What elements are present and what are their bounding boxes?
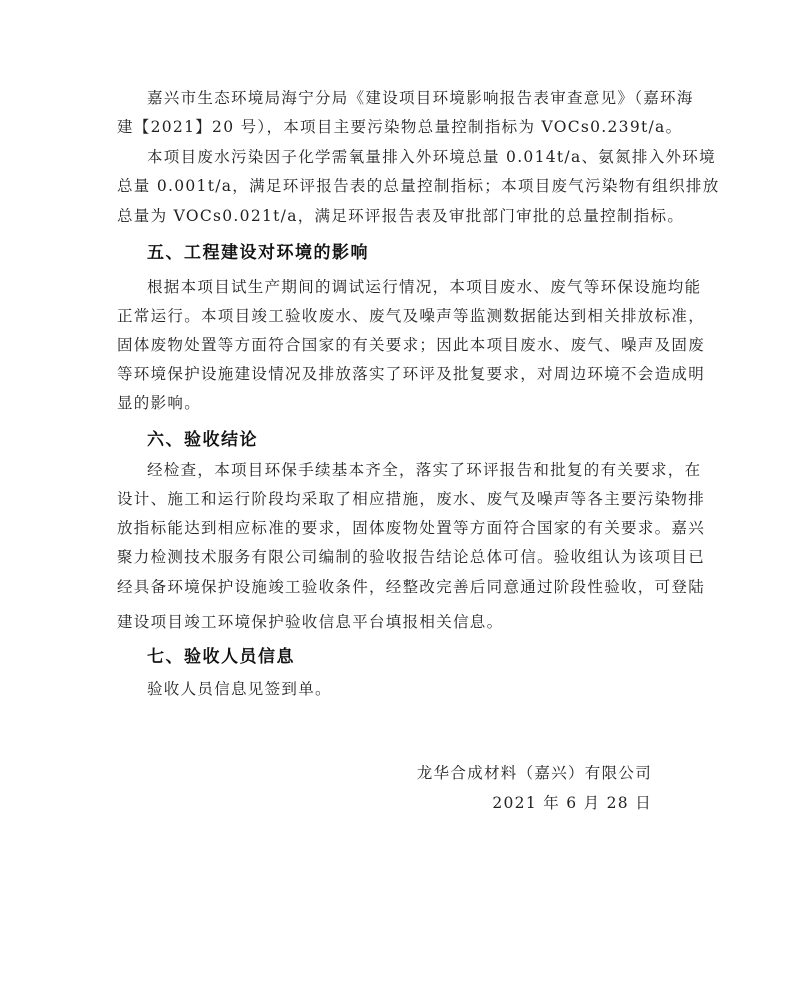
paragraph-2-line-3: 总量为 VOCs0.021t/a，满足环评报告表及审批部门审批的总量控制指标。 — [117, 206, 653, 226]
paragraph-2-line-1: 本项目废水污染因子化学需氧量排入外环境总量 0.014t/a、氨氮排入外环境 — [147, 147, 683, 167]
section-5-line-5: 显的影响。 — [117, 393, 653, 413]
section-5-line-4: 等环境保护设施建设情况及排放落实了环评及批复要求，对周边环境不会造成明 — [117, 364, 653, 384]
section-7-heading: 七、验收人员信息 — [147, 646, 295, 668]
section-6-line-3: 放指标能达到相应标准的要求，固体废物处置等方面符合国家的有关要求。嘉兴 — [117, 518, 653, 538]
section-6-line-1: 经检查，本项目环保手续基本齐全，落实了环评报告和批复的有关要求，在 — [147, 460, 683, 480]
section-5-line-3: 固体废物处置等方面符合国家的有关要求；因此本项目废水、废气、噪声及固废 — [117, 335, 653, 355]
section-5-heading: 五、工程建设对环境的影响 — [147, 242, 369, 264]
document-page: 嘉兴市生态环境局海宁分局《建设项目环境影响报告表审查意见》（嘉环海 建【2021… — [0, 0, 800, 992]
section-5-line-1: 根据本项目试生产期间的调试运行情况，本项目废水、废气等环保设施均能 — [147, 277, 683, 297]
paragraph-1-line-2: 建【2021】20 号），本项目主要污染物总量控制指标为 VOCs0.239t/… — [117, 117, 653, 137]
section-5-line-2: 正常运行。本项目竣工验收废水、废气及噪声等监测数据能达到相关排放标准， — [117, 306, 653, 326]
section-6-line-6: 建设项目竣工环境保护验收信息平台填报相关信息。 — [117, 612, 653, 632]
paragraph-1-line-1: 嘉兴市生态环境局海宁分局《建设项目环境影响报告表审查意见》（嘉环海 — [147, 88, 683, 108]
section-6-heading: 六、验收结论 — [147, 429, 258, 451]
section-7-line-1: 验收人员信息见签到单。 — [147, 679, 683, 699]
paragraph-2-line-2: 总量 0.001t/a，满足环评报告表的总量控制指标；本项目废气污染物有组织排放 — [117, 176, 653, 196]
section-6-line-2: 设计、施工和运行阶段均采取了相应措施，废水、废气及噪声等各主要污染物排 — [117, 489, 653, 509]
signature-date: 2021 年 6 月 28 日 — [492, 793, 652, 813]
signature-company: 龙华合成材料（嘉兴）有限公司 — [417, 763, 652, 783]
section-6-line-4: 聚力检测技术服务有限公司编制的验收报告结论总体可信。验收组认为该项目已 — [117, 547, 653, 567]
section-6-line-5: 经具备环境保护设施竣工验收条件，经整改完善后同意通过阶段性验收，可登陆 — [117, 577, 653, 597]
